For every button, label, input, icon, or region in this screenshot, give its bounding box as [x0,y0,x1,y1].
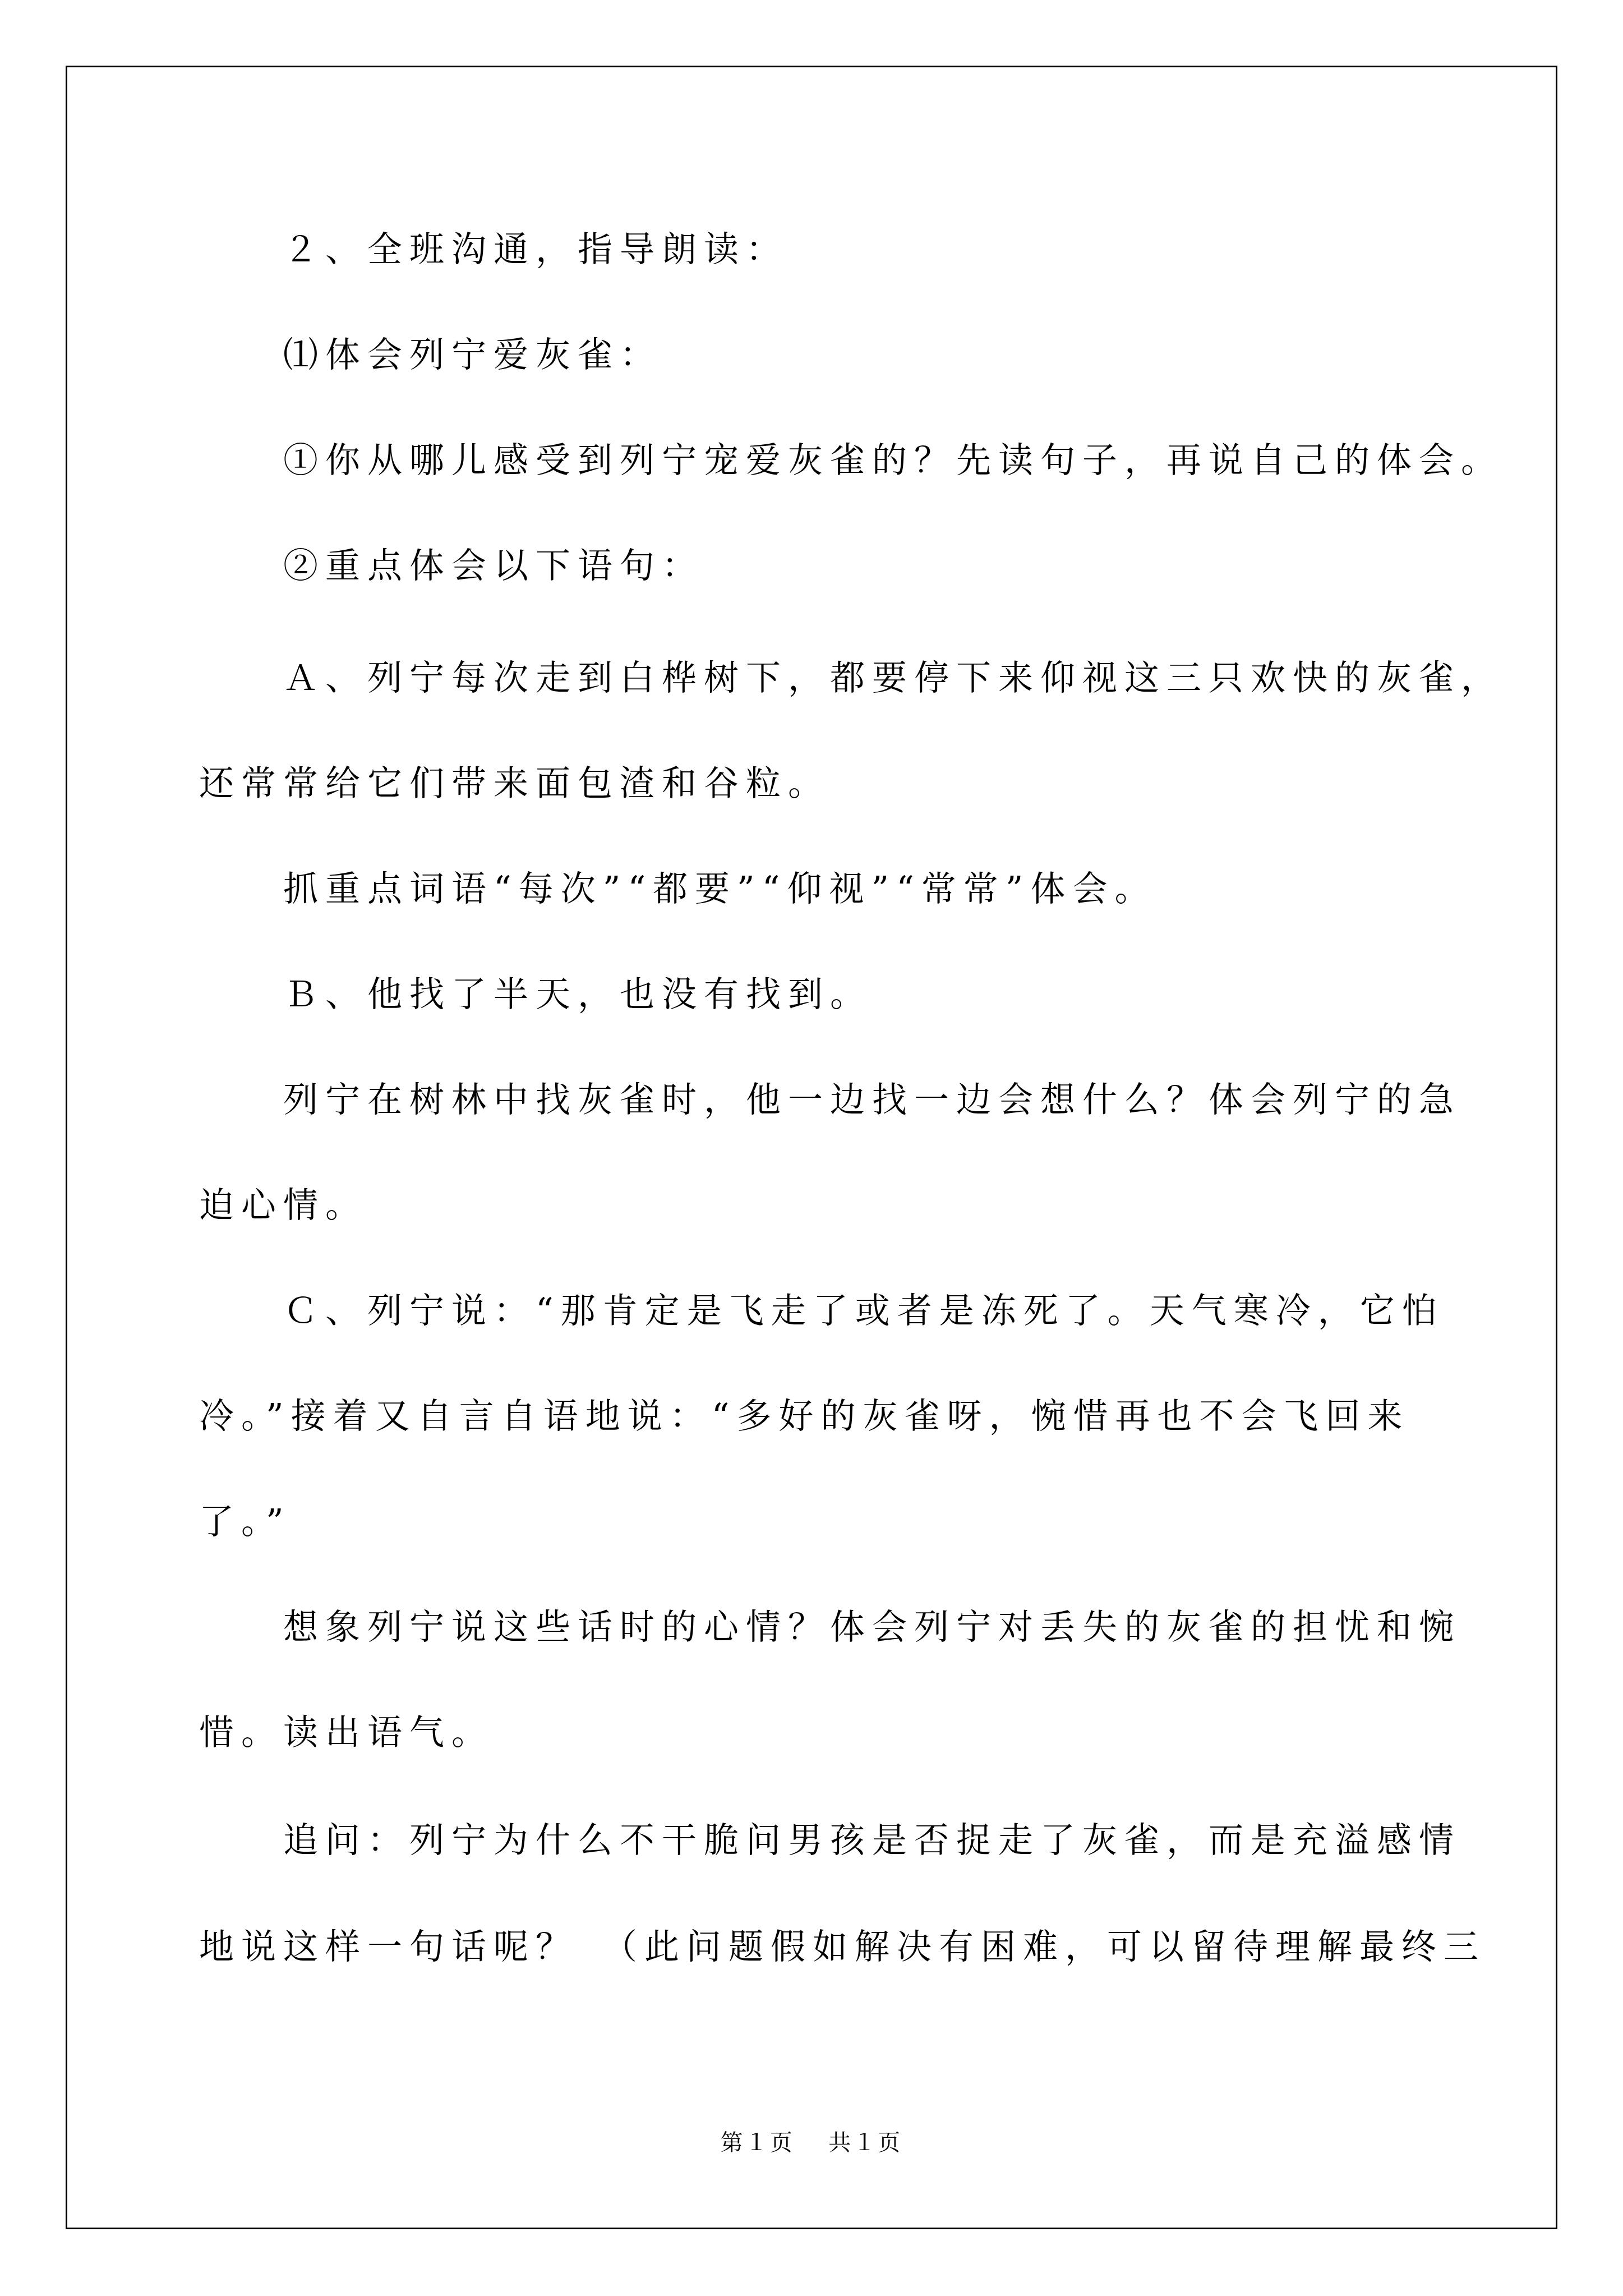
paragraph-sentence-b-note-line2: 迫心情。 [199,1180,367,1231]
paragraph-followup-line1: 追问：列宁为什么不干脆问男孩是否捉走了灰雀，而是充溢感情 [283,1815,1461,1866]
paragraph-sentence-a-line2: 还常常给它们带来面包渣和谷粒。 [199,758,830,809]
paragraph-question-2: ②重点体会以下语句： [283,541,704,591]
paragraph-imagine-line1: 想象列宁说这些话时的心情？体会列宁对丢失的灰雀的担忧和惋 [283,1602,1461,1653]
paragraph-followup-line2: 地说这样一句话呢？ （此问题假如解决有困难，可以留待理解最终三 [199,1922,1486,1972]
page-number-footer: 第１页 共１页 [0,2126,1623,2160]
paragraph-keywords: 抓重点词语“每次”“都要”“仰视”“常常”体会。 [283,864,1157,914]
paragraph-imagine-line2: 惜。读出语气。 [199,1708,494,1758]
subheading-lenin-loves-sparrows: ⑴体会列宁爱灰雀： [283,330,662,380]
paragraph-sentence-c-line3: 了。” [199,1497,291,1547]
paragraph-sentence-b-note-line1: 列宁在树林中找灰雀时，他一边找一边会想什么？体会列宁的急 [283,1075,1461,1125]
paragraph-sentence-c-line1: Ｃ、列宁说：“那肯定是飞走了或者是冻死了。天气寒冷，它怕 [283,1286,1444,1336]
paragraph-sentence-b: Ｂ、他找了半天，也没有找到。 [283,969,872,1020]
heading-class-discussion: ２、全班沟通，指导朗读： [283,224,788,275]
paragraph-sentence-a-line1: Ａ、列宁每次走到白桦树下，都要停下来仰视这三只欢快的灰雀， [283,653,1503,703]
paragraph-question-1: ①你从哪儿感受到列宁宠爱灰雀的？先读句子，再说自己的体会。 [283,435,1503,486]
page-border [66,66,1557,2229]
paragraph-sentence-c-line2: 冷。”接着又自言自语地说：“多好的灰雀呀，惋惜再也不会飞回来 [199,1391,1409,1442]
